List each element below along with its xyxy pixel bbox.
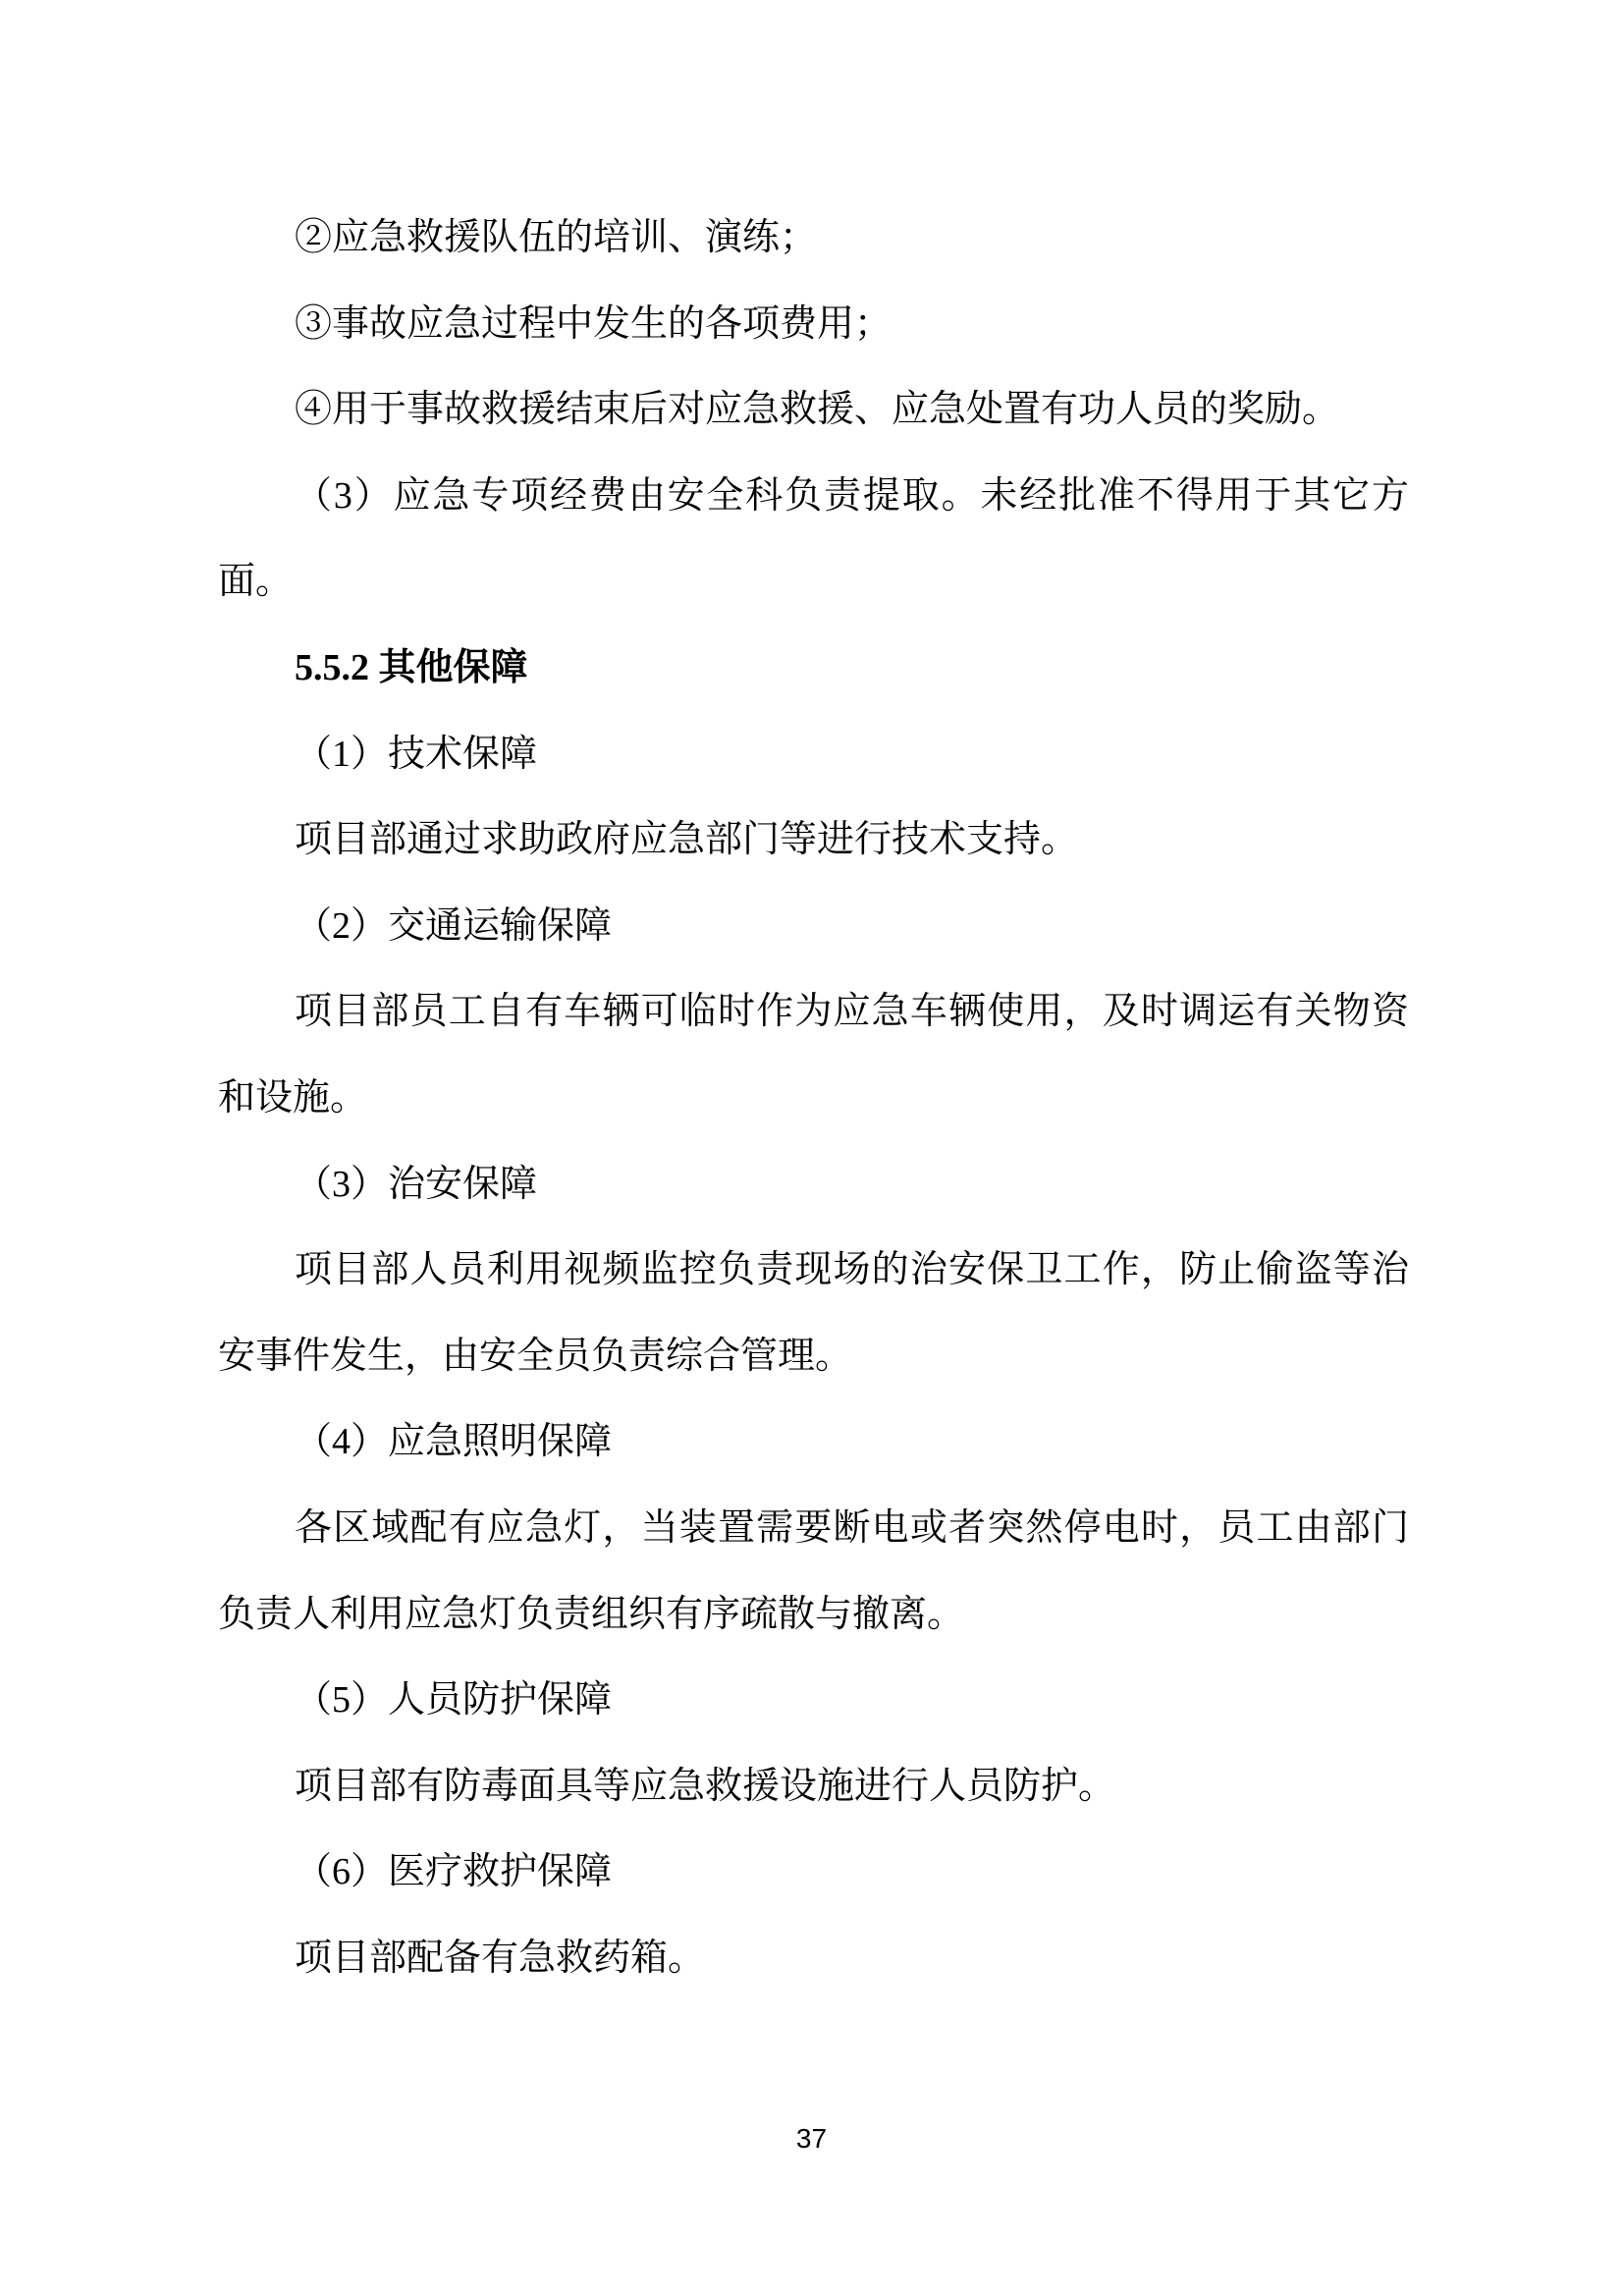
section-heading: 5.5.2 其他保障 (218, 626, 1409, 712)
text-line: 项目部通过求助政府应急部门等进行技术支持。 (218, 797, 1409, 884)
text-line: 和设施。 (218, 1056, 1409, 1142)
document-lines: ②应急救援队伍的培训、演练；③事故应急过程中发生的各项费用；④用于事故救援结束后… (218, 195, 1409, 2001)
text-line: ③事故应急过程中发生的各项费用； (218, 282, 1409, 368)
text-line: 项目部人员利用视频监控负责现场的治安保卫工作，防止偷盗等治 (218, 1228, 1409, 1314)
text-line: （2）交通运输保障 (218, 884, 1409, 970)
text-line: ②应急救援队伍的培训、演练； (218, 195, 1409, 282)
page-number: 37 (0, 2123, 1623, 2155)
text-line: 项目部有防毒面具等应急救援设施进行人员防护。 (218, 1744, 1409, 1831)
text-line: （3）治安保障 (218, 1142, 1409, 1229)
text-line: （1）技术保障 (218, 712, 1409, 798)
text-line: （4）应急照明保障 (218, 1399, 1409, 1486)
text-line: 各区域配有应急灯，当装置需要断电或者突然停电时，员工由部门 (218, 1486, 1409, 1572)
text-line: 项目部配备有急救药箱。 (218, 1916, 1409, 2002)
text-line: ④用于事故救援结束后对应急救援、应急处置有功人员的奖励。 (218, 367, 1409, 454)
document-page: ②应急救援队伍的培训、演练；③事故应急过程中发生的各项费用；④用于事故救援结束后… (0, 0, 1623, 2296)
text-line: 面。 (218, 539, 1409, 626)
text-line: （6）医疗救护保障 (218, 1830, 1409, 1916)
text-line: （3）应急专项经费由安全科负责提取。未经批准不得用于其它方 (218, 454, 1409, 540)
text-line: （5）人员防护保障 (218, 1658, 1409, 1744)
text-line: 负责人利用应急灯负责组织有序疏散与撤离。 (218, 1572, 1409, 1659)
text-line: 项目部员工自有车辆可临时作为应急车辆使用，及时调运有关物资 (218, 969, 1409, 1056)
text-line: 安事件发生，由安全员负责综合管理。 (218, 1314, 1409, 1400)
